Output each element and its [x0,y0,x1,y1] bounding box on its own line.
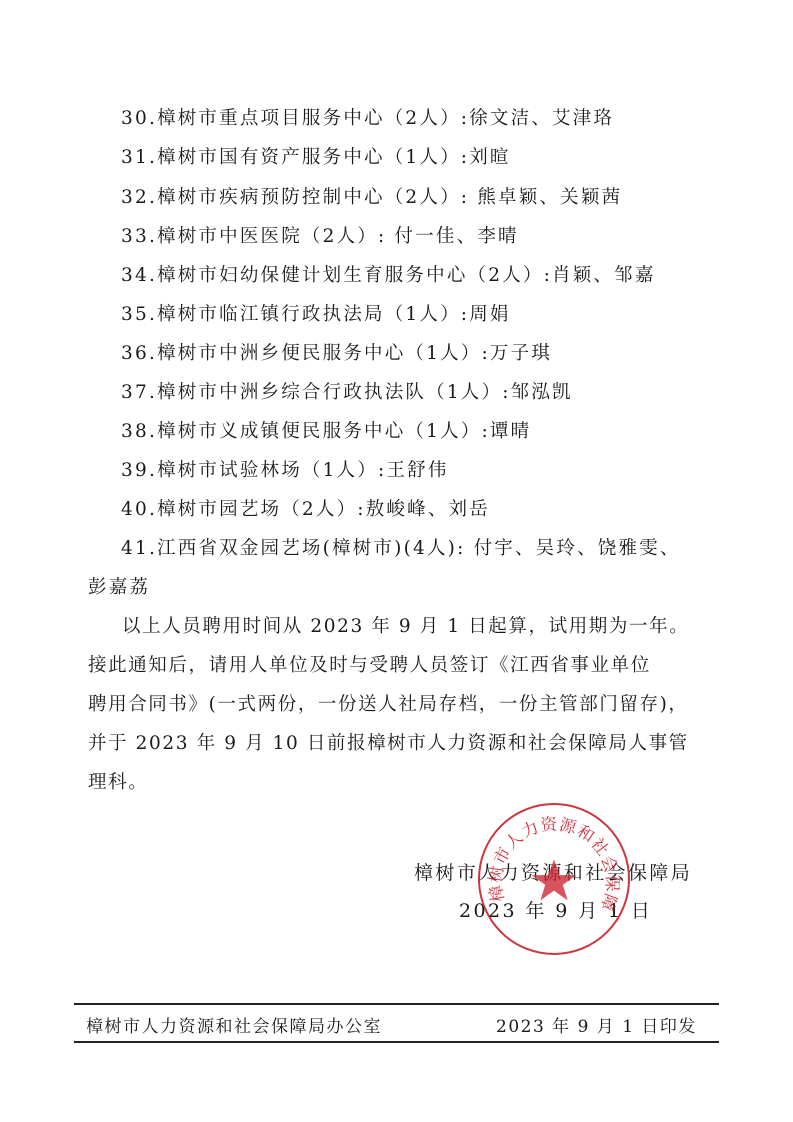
list-item: 32.樟树市疾病预防控制中心（2人）: 熊卓颖、关颖茜 [121,186,622,210]
star-icon: 樟树市人力资源和社会保障局 [480,805,628,953]
list-item: 38.樟树市义成镇便民服务中心（1人）:谭晴 [121,420,531,444]
body-paragraph-line: 聘用合同书》(一式两份，一份送人社局存档，一份主管部门留存)， [88,693,689,717]
list-item: 34.樟树市妇幼保健计划生育服务中心（2人）:肖颖、邹嘉 [121,264,656,288]
official-seal-stamp: 樟树市人力资源和社会保障局 [478,803,630,955]
svg-text:樟树市人力资源和社会保障局: 樟树市人力资源和社会保障局 [480,805,622,914]
list-item-continuation: 彭嘉荔 [88,576,150,600]
body-paragraph-line: 理科。 [88,771,148,795]
list-item: 36.樟树市中洲乡便民服务中心（1人）:万子琪 [121,342,552,366]
footer-issuer: 樟树市人力资源和社会保障局办公室 [86,1012,382,1037]
body-paragraph-line: 以上人员聘用时间从 2023 年 9 月 1 日起算，试用期为一年。 [122,615,689,639]
list-item: 41.江西省双金园艺场(樟树市)(4人): 付宇、吴玲、饶雅雯、 [121,537,681,561]
list-item: 30.樟树市重点项目服务中心（2人）:徐文洁、艾津珞 [121,107,614,131]
footer-top-rule [74,1003,719,1005]
footer-print-date: 2023 年 9 月 1 日印发 [496,1012,697,1037]
list-item: 31.樟树市国有资产服务中心（1人）:刘暄 [121,146,511,170]
list-item: 37.樟树市中洲乡综合行政执法队（1人）:邹泓凯 [121,381,573,405]
list-item: 39.樟树市试验林场（1人）:王舒伟 [121,459,449,483]
list-item: 40.樟树市园艺场（2人）:敖峻峰、刘岳 [121,498,490,522]
list-item: 35.樟树市临江镇行政执法局（1人）:周娟 [121,303,511,327]
document-page: 30.樟树市重点项目服务中心（2人）:徐文洁、艾津珞 31.樟树市国有资产服务中… [0,0,793,1122]
body-paragraph-line: 接此通知后，请用人单位及时与受聘人员签订《江西省事业单位 [88,654,651,678]
list-item: 33.樟树市中医医院（2人）: 付一佳、李晴 [121,225,519,249]
body-paragraph-line: 并于 2023 年 9 月 10 日前报樟树市人力资源和社会保障局人事管 [88,732,689,756]
footer-bottom-rule [74,1041,719,1043]
